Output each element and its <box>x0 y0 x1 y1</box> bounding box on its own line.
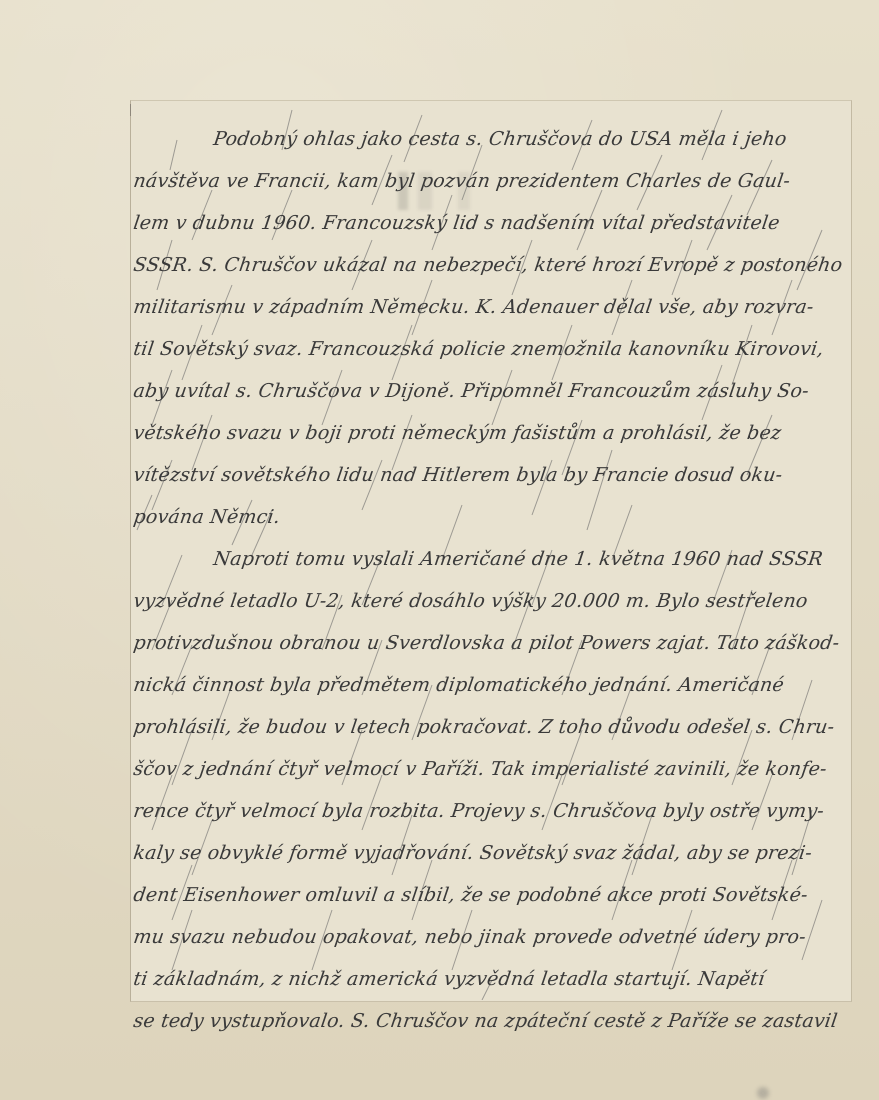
text-line: ščov z jednání čtyř velmocí v Paříži. Ta… <box>132 758 828 780</box>
text-line: nická činnost byla předmětem diplomatick… <box>132 674 786 696</box>
text-line: mu svazu nebudou opakovat, nebo jinak pr… <box>132 926 807 948</box>
text-line: til Sovětský svaz. Francouzská policie z… <box>132 338 825 360</box>
text-line: SSSR. S. Chruščov ukázal na nebezpečí, k… <box>132 254 844 276</box>
text-line: kaly se obvyklé formě vyjadřování. Sovět… <box>132 842 813 864</box>
text-line: vítězství sovětského lidu nad Hitlerem b… <box>132 464 784 486</box>
ink-smudge <box>757 1087 769 1099</box>
text-line: dent Eisenhower omluvil a slíbil, že se … <box>132 884 809 906</box>
text-line: Naproti tomu vyslali Američané dne 1. kv… <box>212 548 824 570</box>
text-line: ti základnám, z nichž americká vyzvědná … <box>132 968 766 990</box>
text-line: Podobný ohlas jako cesta s. Chruščova do… <box>212 128 788 150</box>
text-line: návštěva ve Francii, kam byl pozván prez… <box>132 170 792 192</box>
text-line: pována Němci. <box>132 506 282 528</box>
text-line: rence čtyř velmocí byla rozbita. Projevy… <box>132 800 826 822</box>
text-line: vyzvědné letadlo U-2, které dosáhlo výšk… <box>132 590 809 612</box>
text-line: lem v dubnu 1960. Francouzský lid s nadš… <box>132 212 781 234</box>
text-line: aby uvítal s. Chruščova v Dijoně. Připom… <box>132 380 810 402</box>
margin-tick <box>130 104 131 116</box>
text-line: militarismu v západním Německu. K. Adena… <box>132 296 815 318</box>
text-line: protivzdušnou obranou u Sverdlovska a pi… <box>132 632 841 654</box>
text-line: se tedy vystupňovalo. S. Chruščov na zpá… <box>132 1010 839 1032</box>
text-line: větského svazu v boji proti německým faš… <box>132 422 783 444</box>
text-line: prohlásili, že budou v letech pokračovat… <box>132 716 836 738</box>
